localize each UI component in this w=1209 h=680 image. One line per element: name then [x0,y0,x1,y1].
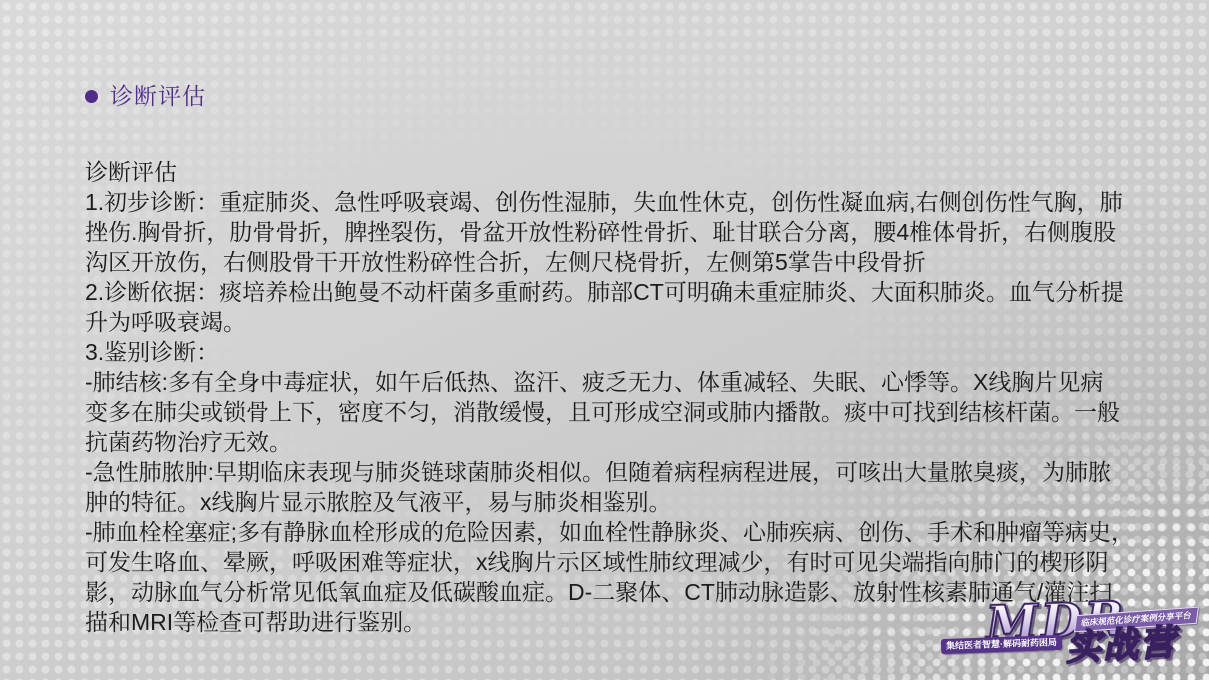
body-line: 2.诊断依据：痰培养检出鲍曼不动杆菌多重耐药。肺部CT可明确未重症肺炎、大面积肺… [85,277,1155,307]
body-line: -肺血栓栓塞症;多有静脉血栓形成的危险因素，如血栓性静脉炎、心肺疾病、创伤、手术… [85,517,1155,547]
slide-title-row: 诊断评估 [85,83,206,109]
body-line: -肺结核:多有全身中毒症状，如午后低热、盗汗、疲乏无力、体重减轻、失眠、心悸等。… [85,367,1155,397]
body-line: 沟区开放伤，右侧股骨干开放性粉碎性合折，左侧尺桡骨折，左侧第5掌告中段骨折 [85,247,1155,277]
body-line: -急性肺脓肿:早期临床表现与肺炎链球菌肺炎相似。但随着病程病程进展，可咳出大量脓… [85,457,1155,487]
body-line: 影，动脉血气分析常见低氧血症及低碳酸血症。D-二聚体、CT肺动脉造影、放射性核素… [85,577,1155,607]
slide-title: 诊断评估 [110,83,206,109]
bullet-icon [85,90,98,103]
slide-body: 诊断评估 1.初步诊断：重症肺炎、急性呼吸衰竭、创伤性湿肺，失血性休克，创伤性凝… [85,157,1155,637]
body-line: 变多在肺尖或锁骨上下，密度不匀，消散缓慢，且可形成空洞或肺内播散。痰中可找到结核… [85,397,1155,427]
body-line: 肿的特征。x线胸片显示脓腔及气液平，易与肺炎相鉴别。 [85,487,1155,517]
body-line: 描和MRI等检查可帮助进行鉴别。 [85,607,1155,637]
body-line: 1.初步诊断：重症肺炎、急性呼吸衰竭、创伤性湿肺，失血性休克，创伤性凝血病,右侧… [85,187,1155,217]
body-line: 升为呼吸衰竭。 [85,307,1155,337]
body-heading: 诊断评估 [85,157,1155,187]
body-line: 3.鉴别诊断： [85,337,1155,367]
body-line: 挫伤.胸骨折，肋骨骨折，脾挫裂伤，骨盆开放性粉碎性骨折、耻甘联合分离，腰4椎体骨… [85,217,1155,247]
body-line: 抗菌药物治疗无效。 [85,427,1155,457]
body-line: 可发生咯血、晕厥，呼吸困难等症状，x线胸片示区域性肺纹理减少，有时可见尖端指向肺… [85,547,1155,577]
presentation-slide: 诊断评估 诊断评估 1.初步诊断：重症肺炎、急性呼吸衰竭、创伤性湿肺，失血性休克… [0,0,1209,680]
